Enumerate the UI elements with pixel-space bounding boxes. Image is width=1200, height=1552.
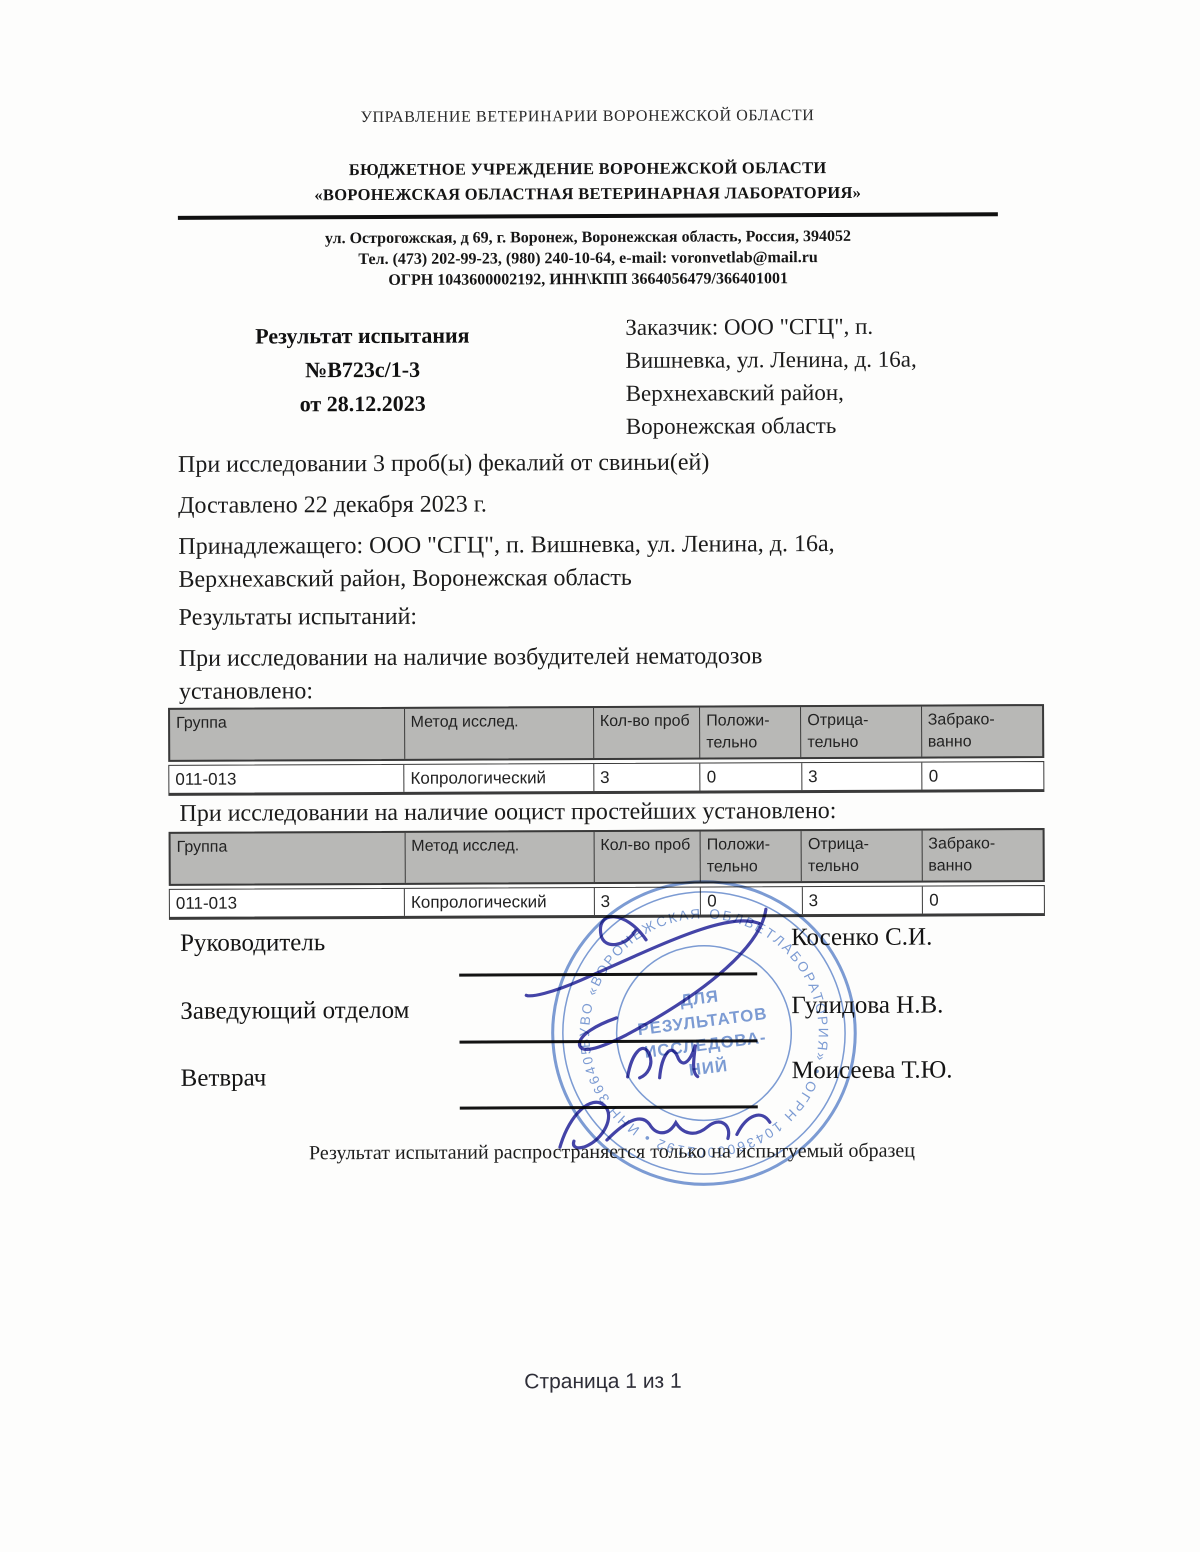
- col-header-rejected: Забрако- ванно: [922, 706, 1043, 757]
- page-number: Страница 1 из 1: [3, 1367, 1200, 1396]
- cell-method: Копрологический: [404, 764, 594, 792]
- signature-stroke-director: [526, 909, 767, 1049]
- report-number: №В723с/1-3: [226, 352, 498, 387]
- letterhead-organization: БЮДЖЕТНОЕ УЧРЕЖДЕНИЕ ВОРОНЕЖСКОЙ ОБЛАСТИ…: [178, 154, 998, 208]
- cell-rejected: 0: [923, 886, 1044, 914]
- table-row: 011-013 Копрологический 3 0 3 0: [168, 761, 1044, 796]
- col-header-negative: Отрица- тельно: [801, 707, 922, 758]
- col-header-positive: Положи- тельно: [700, 707, 801, 757]
- col-header-method: Метод исслед.: [405, 708, 594, 759]
- col-header-rejected: Забрако- ванно: [922, 830, 1043, 881]
- customer-block: Заказчик: ООО "СГЦ", п. Вишневка, ул. Ле…: [625, 309, 971, 443]
- col-header-sample-count: Кол-во проб: [594, 708, 701, 758]
- section2-heading: При исследовании на наличие ооцист прост…: [179, 794, 1059, 831]
- delivered-line: Доставлено 22 декабря 2023 г.: [178, 486, 1058, 523]
- report-title: Результат испытания №В723с/1-3 от 28.12.…: [226, 318, 498, 421]
- owner-line: Принадлежащего: ООО "СГЦ", п. Вишневка, …: [178, 527, 1058, 597]
- letterhead-authority: УПРАВЛЕНИЕ ВЕТЕРИНАРИИ ВОРОНЕЖСКОЙ ОБЛАС…: [177, 106, 997, 128]
- cell-sample-count: 3: [594, 764, 701, 791]
- cell-group: 011-013: [169, 765, 404, 793]
- cell-negative: 3: [802, 763, 923, 791]
- signature-role-department-head: Заведующий отделом: [180, 997, 409, 1026]
- handwritten-signatures: [431, 884, 872, 1176]
- table-header-row: Группа Метод исслед. Кол-во проб Положи-…: [168, 704, 1044, 762]
- cell-group: 011-013: [170, 889, 405, 917]
- report-title-line1: Результат испытания: [226, 318, 498, 353]
- cell-positive: 0: [701, 763, 802, 790]
- letterhead-contacts: ул. Острогожская, д 69, г. Воронеж, Воро…: [178, 225, 998, 292]
- section1-heading: При исследовании на наличие возбудителей…: [179, 639, 1059, 709]
- samples-line: При исследовании 3 проб(ы) фекалий от св…: [178, 445, 1058, 482]
- col-header-group: Группа: [170, 709, 405, 760]
- letterhead-registration: ОГРН 1043600002192, ИНН\КПП 3664056479/3…: [178, 267, 998, 292]
- disclaimer-text: Результат испытаний распространяется тол…: [162, 1139, 1062, 1166]
- cell-rejected: 0: [923, 762, 1044, 790]
- signature-role-veterinarian: Ветврач: [181, 1064, 267, 1092]
- signature-role-director: Руководитель: [180, 929, 325, 958]
- scanned-document: УПРАВЛЕНИЕ ВЕТЕРИНАРИИ ВОРОНЕЖСКОЙ ОБЛАС…: [0, 0, 1200, 1552]
- letterhead-org-line1: БЮДЖЕТНОЕ УЧРЕЖДЕНИЕ ВОРОНЕЖСКОЙ ОБЛАСТИ: [178, 154, 998, 183]
- report-date: от 28.12.2023: [227, 386, 499, 421]
- document-content: УПРАВЛЕНИЕ ВЕТЕРИНАРИИ ВОРОНЕЖСКОЙ ОБЛАС…: [0, 0, 1200, 1552]
- signature-stroke-department-head: [628, 1045, 698, 1078]
- col-header-group: Группа: [171, 833, 406, 884]
- col-header-method: Метод исслед.: [405, 832, 594, 883]
- letterhead-divider: [178, 212, 998, 220]
- results-label: Результаты испытаний:: [179, 598, 1059, 635]
- letterhead-org-line2: «ВОРОНЕЖСКАЯ ОБЛАСТНАЯ ВЕТЕРИНАРНАЯ ЛАБО…: [178, 179, 998, 208]
- nematode-results-table: Группа Метод исслед. Кол-во проб Положи-…: [168, 704, 1044, 796]
